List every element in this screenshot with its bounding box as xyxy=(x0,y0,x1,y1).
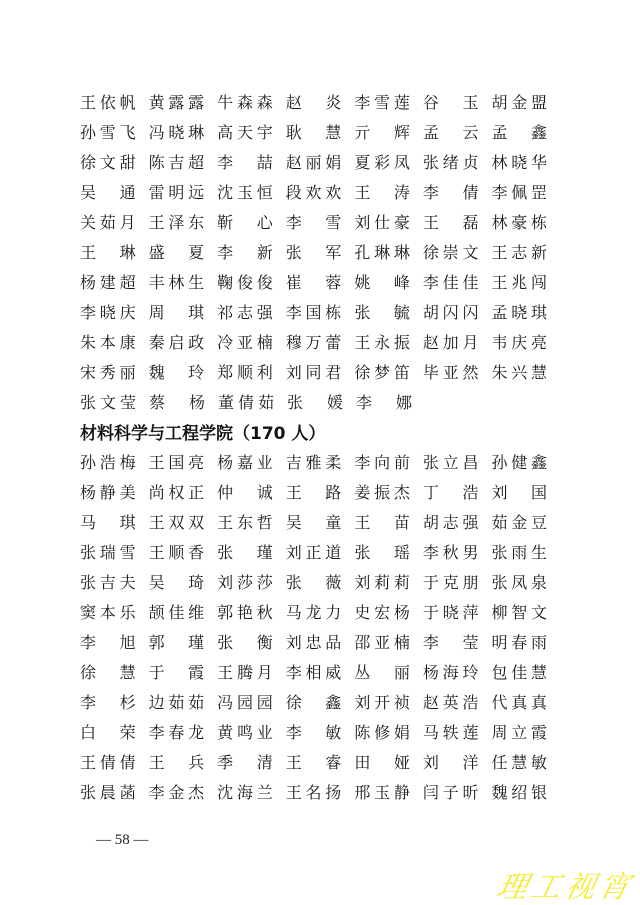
person-name: 张凤泉 xyxy=(491,570,560,593)
page-number: — 58 — xyxy=(96,832,149,849)
person-name: 祁志强 xyxy=(217,300,286,323)
person-name: 李秋男 xyxy=(423,540,492,563)
person-name: 李旭 xyxy=(80,630,149,653)
person-name: 吴通 xyxy=(80,180,149,203)
name-row: 马琪王双双王东哲吴童王苗胡志强茹金豆 xyxy=(80,506,560,536)
person-name: 陈修娟 xyxy=(354,720,423,743)
person-name: 张雨生 xyxy=(491,540,560,563)
person-name: 高天宇 xyxy=(217,120,286,143)
person-name: 黄鸣业 xyxy=(217,720,286,743)
person-name: 李莹 xyxy=(423,630,492,653)
person-name: 王琳 xyxy=(80,240,149,263)
person-name: 王东哲 xyxy=(217,510,286,533)
name-row: 杨静美尚权正仲诚王路姜振杰丁浩刘国 xyxy=(80,476,560,506)
person-name: 孔琳琳 xyxy=(354,240,423,263)
person-name: 代真真 xyxy=(491,690,560,713)
person-name: 徐慧 xyxy=(80,660,149,683)
person-name: 孙浩梅 xyxy=(80,450,149,473)
person-name: 白荣 xyxy=(80,720,149,743)
person-name: 闫子昕 xyxy=(423,780,492,803)
section-heading: 材料科学与工程学院（170 人） xyxy=(80,416,560,446)
person-name: 孙健鑫 xyxy=(491,450,560,473)
person-name: 柳智文 xyxy=(491,600,560,623)
person-name: 赵加月 xyxy=(423,330,492,353)
person-name: 耿慧 xyxy=(286,120,355,143)
person-name: 于晓萍 xyxy=(423,600,492,623)
person-name: 董倩茹 xyxy=(218,390,287,413)
person-name: 李雪莲 xyxy=(354,90,423,113)
person-name: 蔡杨 xyxy=(149,390,218,413)
name-row: 徐文甜陈吉超李喆赵丽娟夏彩凤张绪贞林晓华 xyxy=(80,146,560,176)
person-name: 李国栋 xyxy=(286,300,355,323)
person-name: 王依帆 xyxy=(80,90,149,113)
name-row: 吴通雷明远沈玉恒段欢欢王涛李倩李佩罡 xyxy=(80,176,560,206)
name-row: 李杉边茹茹冯园园徐鑫刘开祯赵英浩代真真 xyxy=(80,686,560,716)
name-row: 王倩倩王兵季清王睿田娅刘洋任慧敏 xyxy=(80,746,560,776)
person-name: 郭瑾 xyxy=(149,630,218,653)
name-row: 窦本乐颉佳维郭艳秋马龙力史宏杨于晓萍柳智文 xyxy=(80,596,560,626)
person-name: 于霞 xyxy=(149,660,218,683)
person-name: 张晨菡 xyxy=(80,780,149,803)
person-name: 赵英浩 xyxy=(423,690,492,713)
person-name: 靳心 xyxy=(217,210,286,233)
person-name: 沈玉恒 xyxy=(217,180,286,203)
person-name: 茹金豆 xyxy=(491,510,560,533)
person-name: 窦本乐 xyxy=(80,600,149,623)
person-name: 王双双 xyxy=(149,510,218,533)
person-name: 王磊 xyxy=(423,210,492,233)
person-name: 杨海玲 xyxy=(423,660,492,683)
person-name: 张瑾 xyxy=(217,540,286,563)
name-row: 关茹月王泽东靳心李雪刘仕豪王磊林豪栋 xyxy=(80,206,560,236)
person-name: 史宏杨 xyxy=(354,600,423,623)
person-name: 杨静美 xyxy=(80,480,149,503)
person-name: 于克朋 xyxy=(423,570,492,593)
person-name: 马轶莲 xyxy=(423,720,492,743)
person-name: 刘忠品 xyxy=(286,630,355,653)
person-name: 李倩 xyxy=(423,180,492,203)
name-row: 张瑞雪王顺香张瑾刘正道张瑶李秋男张雨生 xyxy=(80,536,560,566)
person-name: 孟晓琪 xyxy=(491,300,560,323)
person-name: 王兵 xyxy=(149,750,218,773)
name-row: 王依帆黄露露牛森森赵炎李雪莲谷玉胡金盟 xyxy=(80,86,560,116)
person-name: 王兆闯 xyxy=(491,270,560,293)
person-name: 张毓 xyxy=(354,300,423,323)
person-name: 穆万蕾 xyxy=(286,330,355,353)
person-name: 刘国 xyxy=(491,480,560,503)
person-name: 王倩倩 xyxy=(80,750,149,773)
person-name: 李佩罡 xyxy=(491,180,560,203)
person-name: 牛森森 xyxy=(217,90,286,113)
person-name: 徐文甜 xyxy=(80,150,149,173)
person-name: 赵炎 xyxy=(286,90,355,113)
person-name: 张瑞雪 xyxy=(80,540,149,563)
person-name: 孟鑫 xyxy=(491,120,560,143)
person-name: 丰林生 xyxy=(149,270,218,293)
person-name: 徐梦笛 xyxy=(354,360,423,383)
name-row: 徐慧于霞王腾月李相威丛丽杨海玲包佳慧 xyxy=(80,656,560,686)
person-name: 王路 xyxy=(286,480,355,503)
person-name: 孙雪飞 xyxy=(80,120,149,143)
person-name: 亓辉 xyxy=(354,120,423,143)
person-name: 韦庆亮 xyxy=(491,330,560,353)
person-name: 吴童 xyxy=(286,510,355,533)
name-row: 孙雪飞冯晓琳高天宇耿慧亓辉孟云孟鑫 xyxy=(80,116,560,146)
person-name: 王名扬 xyxy=(286,780,355,803)
person-name: 王顺香 xyxy=(149,540,218,563)
person-name: 朱兴慧 xyxy=(491,360,560,383)
watermark-logo: 理工视宵 xyxy=(493,862,638,905)
name-row: 张文莹蔡杨董倩茹张媛李娜 xyxy=(80,386,560,416)
person-name: 王国亮 xyxy=(149,450,218,473)
person-name: 杨建超 xyxy=(80,270,149,293)
person-name: 雷明远 xyxy=(149,180,218,203)
person-name: 李佳佳 xyxy=(423,270,492,293)
person-name: 姜振杰 xyxy=(354,480,423,503)
person-name: 李金杰 xyxy=(149,780,218,803)
person-name: 李杉 xyxy=(80,690,149,713)
person-name: 徐鑫 xyxy=(286,690,355,713)
person-name: 张衡 xyxy=(217,630,286,653)
person-name: 邢玉静 xyxy=(354,780,423,803)
person-name: 李雪 xyxy=(286,210,355,233)
person-name: 季清 xyxy=(217,750,286,773)
person-name: 刘开祯 xyxy=(354,690,423,713)
person-name: 秦启政 xyxy=(149,330,218,353)
person-name: 尚权正 xyxy=(149,480,218,503)
person-name: 杨嘉业 xyxy=(217,450,286,473)
name-row: 宋秀丽魏玲郑顺利刘同君徐梦笛毕亚然朱兴慧 xyxy=(80,356,560,386)
name-row: 李旭郭瑾张衡刘忠品邵亚楠李莹明春雨 xyxy=(80,626,560,656)
person-name: 丛丽 xyxy=(354,660,423,683)
person-name: 张吉夫 xyxy=(80,570,149,593)
person-name: 冷亚楠 xyxy=(217,330,286,353)
person-name: 毕亚然 xyxy=(423,360,492,383)
person-name: 郑顺利 xyxy=(217,360,286,383)
name-row: 王琳盛夏李新张军孔琳琳徐崇文王志新 xyxy=(80,236,560,266)
person-name: 刘仕豪 xyxy=(354,210,423,233)
name-row: 朱本康秦启政冷亚楠穆万蕾王永振赵加月韦庆亮 xyxy=(80,326,560,356)
person-name: 马琪 xyxy=(80,510,149,533)
person-name: 刘同君 xyxy=(286,360,355,383)
person-name: 马龙力 xyxy=(286,600,355,623)
person-name: 王苗 xyxy=(354,510,423,533)
person-name: 张军 xyxy=(286,240,355,263)
person-name: 张薇 xyxy=(286,570,355,593)
person-name: 沈海兰 xyxy=(217,780,286,803)
person-name: 李晓庆 xyxy=(80,300,149,323)
person-name: 鞠俊俊 xyxy=(217,270,286,293)
person-name: 宋秀丽 xyxy=(80,360,149,383)
person-name: 李敏 xyxy=(286,720,355,743)
person-name: 夏彩凤 xyxy=(354,150,423,173)
person-name: 谷玉 xyxy=(423,90,492,113)
name-row: 张晨菡李金杰沈海兰王名扬邢玉静闫子昕魏绍银 xyxy=(80,776,560,806)
person-name: 周立霞 xyxy=(491,720,560,743)
person-name: 朱本康 xyxy=(80,330,149,353)
person-name: 李相威 xyxy=(286,660,355,683)
person-name: 张绪贞 xyxy=(423,150,492,173)
person-name: 林豪栋 xyxy=(491,210,560,233)
name-row: 杨建超丰林生鞠俊俊崔蓉姚峰李佳佳王兆闯 xyxy=(80,266,560,296)
person-name: 陈吉超 xyxy=(149,150,218,173)
person-name: 李娜 xyxy=(356,390,425,413)
person-name: 王涛 xyxy=(354,180,423,203)
person-name: 包佳慧 xyxy=(491,660,560,683)
person-name: 崔蓉 xyxy=(286,270,355,293)
person-name: 张瑶 xyxy=(354,540,423,563)
person-name: 仲诚 xyxy=(217,480,286,503)
person-name: 魏玲 xyxy=(149,360,218,383)
name-row: 张吉夫吴琦刘莎莎张薇刘莉莉于克朋张凤泉 xyxy=(80,566,560,596)
person-name: 姚峰 xyxy=(354,270,423,293)
person-name: 刘洋 xyxy=(423,750,492,773)
person-name: 李新 xyxy=(217,240,286,263)
person-name: 林晓华 xyxy=(491,150,560,173)
person-name: 丁浩 xyxy=(423,480,492,503)
person-name: 赵丽娟 xyxy=(286,150,355,173)
person-name: 刘莉莉 xyxy=(354,570,423,593)
person-name: 颉佳维 xyxy=(149,600,218,623)
person-name: 田娅 xyxy=(354,750,423,773)
person-name: 李春龙 xyxy=(149,720,218,743)
person-name: 冯晓琳 xyxy=(149,120,218,143)
person-name: 郭艳秋 xyxy=(217,600,286,623)
person-name: 孟云 xyxy=(423,120,492,143)
person-name: 魏绍银 xyxy=(491,780,560,803)
person-name: 王永振 xyxy=(354,330,423,353)
person-name: 明春雨 xyxy=(491,630,560,653)
name-list: 王依帆黄露露牛森森赵炎李雪莲谷玉胡金盟孙雪飞冯晓琳高天宇耿慧亓辉孟云孟鑫徐文甜陈… xyxy=(80,86,560,806)
person-name: 徐崇文 xyxy=(423,240,492,263)
person-name: 冯园园 xyxy=(217,690,286,713)
person-name: 王泽东 xyxy=(149,210,218,233)
person-name: 盛夏 xyxy=(149,240,218,263)
person-name: 吉雅柔 xyxy=(286,450,355,473)
person-name: 胡金盟 xyxy=(491,90,560,113)
person-name: 周琪 xyxy=(149,300,218,323)
person-name: 吴琦 xyxy=(149,570,218,593)
document-page: 王依帆黄露露牛森森赵炎李雪莲谷玉胡金盟孙雪飞冯晓琳高天宇耿慧亓辉孟云孟鑫徐文甜陈… xyxy=(0,0,640,905)
name-row: 孙浩梅王国亮杨嘉业吉雅柔李向前张立昌孙健鑫 xyxy=(80,446,560,476)
person-name: 李喆 xyxy=(217,150,286,173)
person-name: 王志新 xyxy=(491,240,560,263)
name-row: 白荣李春龙黄鸣业李敏陈修娟马轶莲周立霞 xyxy=(80,716,560,746)
person-name: 王睿 xyxy=(286,750,355,773)
person-name: 刘正道 xyxy=(286,540,355,563)
person-name: 王腾月 xyxy=(217,660,286,683)
person-name: 李向前 xyxy=(354,450,423,473)
person-name: 张文莹 xyxy=(80,390,149,413)
person-name: 任慧敏 xyxy=(491,750,560,773)
person-name: 胡闪闪 xyxy=(423,300,492,323)
person-name: 边茹茹 xyxy=(149,690,218,713)
person-name: 刘莎莎 xyxy=(217,570,286,593)
person-name: 张媛 xyxy=(287,390,356,413)
person-name: 邵亚楠 xyxy=(354,630,423,653)
person-name: 胡志强 xyxy=(423,510,492,533)
person-name: 段欢欢 xyxy=(286,180,355,203)
name-row: 李晓庆周琪祁志强李国栋张毓胡闪闪孟晓琪 xyxy=(80,296,560,326)
person-name: 关茹月 xyxy=(80,210,149,233)
person-name: 张立昌 xyxy=(423,450,492,473)
person-name: 黄露露 xyxy=(149,90,218,113)
